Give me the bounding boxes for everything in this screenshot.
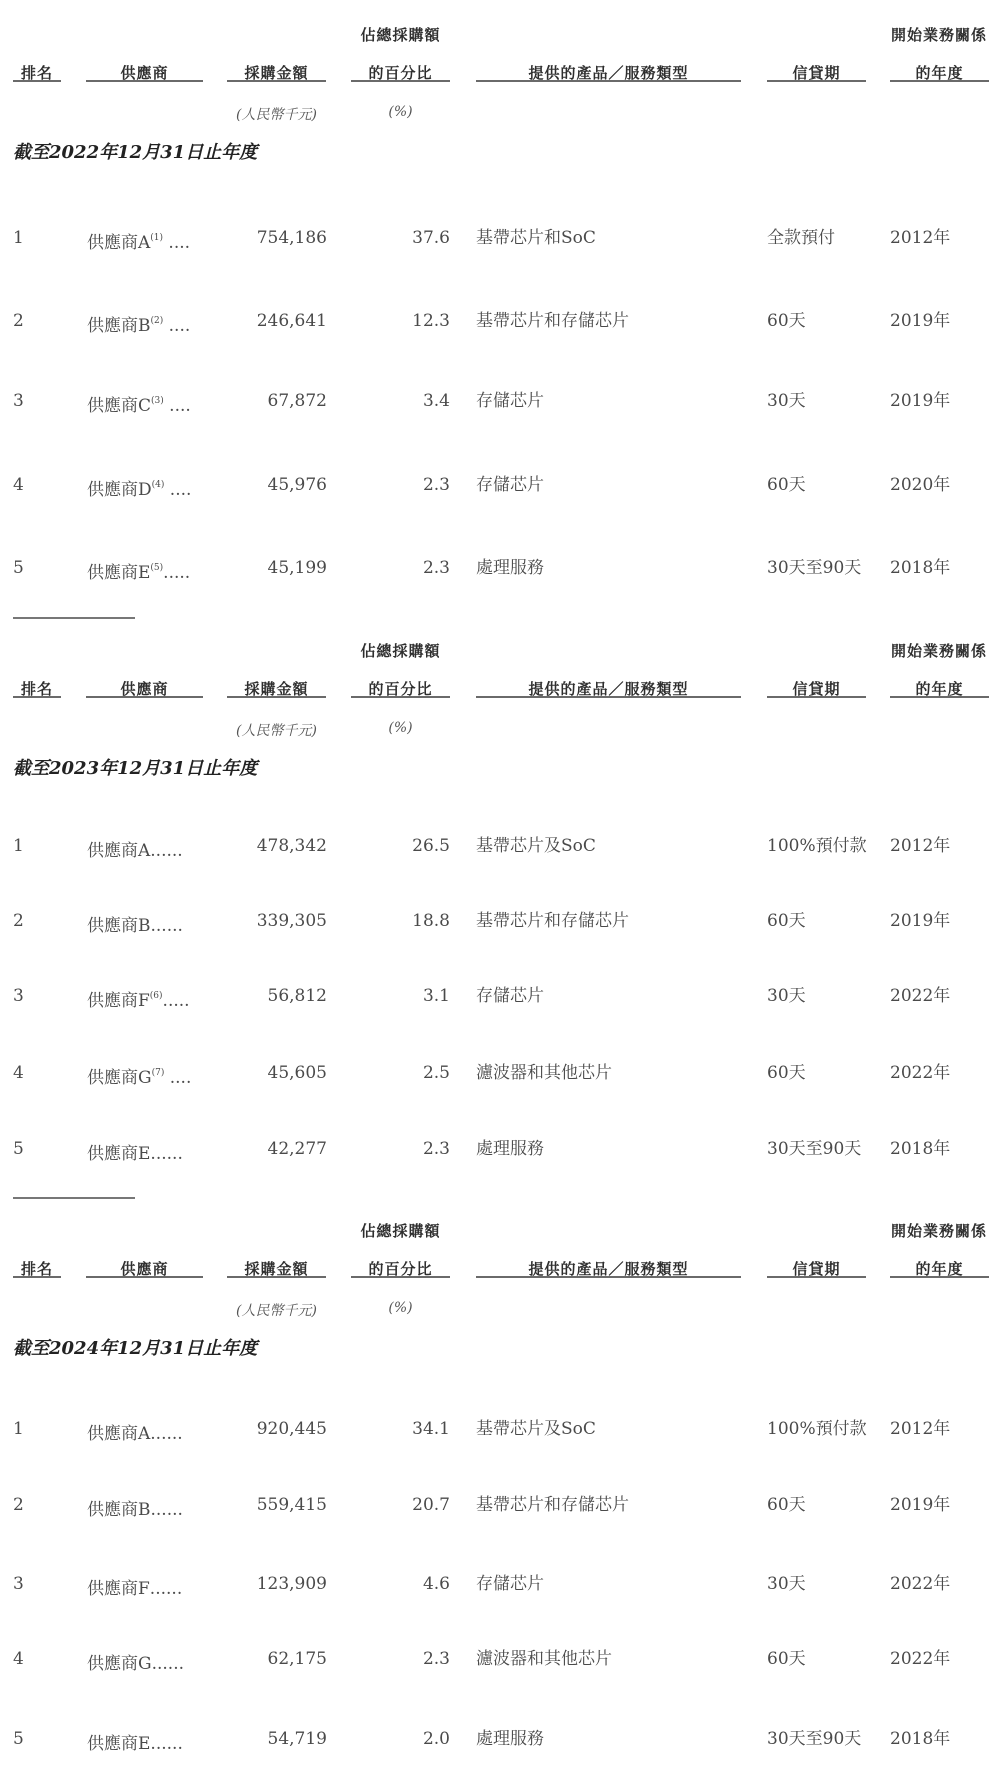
table-row: 4供應商D(4) ....45,9762.3存儲芯片60天2020年	[0, 473, 1000, 497]
header-underline	[890, 80, 989, 82]
rank-cell: 4	[13, 1061, 24, 1085]
amount-cell: 559,415	[227, 1493, 327, 1517]
relationship-year-cell: 2022年	[890, 1061, 950, 1085]
supplier-name: 供應商B	[87, 1500, 151, 1520]
rank-cell: 2	[13, 309, 24, 333]
product-cell: 存儲芯片	[476, 473, 544, 497]
amount-cell: 56,812	[227, 984, 327, 1008]
credit-period-cell: 30天至90天	[767, 556, 861, 580]
amount-cell: 123,909	[227, 1572, 327, 1596]
table-row: 2供應商B......559,41520.7基帶芯片和存儲芯片60天2019年	[0, 1493, 1000, 1517]
product-cell: 基帶芯片及SoC	[476, 1417, 596, 1441]
table-row: 5供應商E......42,2772.3處理服務30天至90天2018年	[0, 1137, 1000, 1161]
rank-cell: 3	[13, 1572, 24, 1596]
pct-unit: (%)	[351, 720, 450, 736]
supplier-cell: 供應商E(5).....	[87, 556, 190, 585]
amount-cell: 45,605	[227, 1061, 327, 1085]
credit-period-cell: 100%預付款	[767, 1417, 867, 1441]
header-underline	[351, 696, 450, 698]
supplier-cell: 供應商A......	[87, 834, 183, 863]
percentage-cell: 4.6	[351, 1572, 450, 1596]
supplier-name: 供應商F	[87, 1579, 150, 1599]
supplier-name: 供應商B	[87, 316, 151, 336]
leader-dots: ....	[164, 396, 191, 416]
product-cell: 基帶芯片和SoC	[476, 226, 596, 250]
amount-cell: 478,342	[227, 834, 327, 858]
relationship-year-cell: 2018年	[890, 1727, 950, 1751]
amount-unit: (人民幣千元)	[227, 104, 326, 124]
supplier-name: 供應商C	[87, 396, 151, 416]
table-row: 1供應商A......920,44534.1基帶芯片及SoC100%預付款201…	[0, 1417, 1000, 1441]
header-underline	[227, 1276, 326, 1278]
relationship-year-cell: 2018年	[890, 556, 950, 580]
table-row: 2供應商B......339,30518.8基帶芯片和存儲芯片60天2019年	[0, 909, 1000, 933]
percentage-cell: 2.3	[351, 1137, 450, 1161]
relationship-year-cell: 2019年	[890, 389, 950, 413]
amount-cell: 67,872	[227, 389, 327, 413]
pct-unit: (%)	[351, 104, 450, 120]
rank-cell: 2	[13, 909, 24, 933]
amount-cell: 45,976	[227, 473, 327, 497]
leader-dots: ....	[163, 316, 190, 336]
header-underline	[227, 80, 326, 82]
percentage-cell: 26.5	[351, 834, 450, 858]
supplier-name: 供應商F	[87, 991, 150, 1011]
amount-cell: 246,641	[227, 309, 327, 333]
relationship-year-cell: 2019年	[890, 1493, 950, 1517]
footnote-ref: (2)	[151, 316, 164, 326]
leader-dots: ......	[150, 1424, 182, 1444]
footnote-ref: (5)	[150, 563, 163, 573]
percentage-cell: 37.6	[351, 226, 450, 250]
leader-dots: ......	[150, 1734, 182, 1754]
section-title: 截至2024年12月31日止年度	[13, 1334, 257, 1360]
supplier-cell: 供應商B......	[87, 909, 183, 938]
supplier-cell: 供應商G......	[87, 1647, 184, 1676]
supplier-cell: 供應商A......	[87, 1417, 183, 1446]
product-cell: 基帶芯片和存儲芯片	[476, 1493, 629, 1517]
supplier-cell: 供應商F......	[87, 1572, 182, 1601]
header-underline	[13, 1276, 61, 1278]
table-row: 1供應商A(1) ....754,18637.6基帶芯片和SoC全款預付2012…	[0, 226, 1000, 250]
section-title: 截至2023年12月31日止年度	[13, 754, 257, 780]
supplier-name: 供應商E	[87, 1144, 150, 1164]
supplier-cell: 供應商B......	[87, 1493, 183, 1522]
credit-period-cell: 60天	[767, 473, 806, 497]
credit-period-cell: 30天至90天	[767, 1137, 861, 1161]
supplier-cell: 供應商E......	[87, 1727, 183, 1756]
relationship-year-cell: 2019年	[890, 309, 950, 333]
percentage-cell: 2.5	[351, 1061, 450, 1085]
table-row: 3供應商F(6).....56,8123.1存儲芯片30天2022年	[0, 984, 1000, 1008]
amount-cell: 62,175	[227, 1647, 327, 1671]
footnote-ref: (1)	[150, 233, 163, 243]
header-year-line1: 開始業務關係	[880, 1220, 998, 1241]
relationship-year-cell: 2020年	[890, 473, 950, 497]
leader-dots: ......	[150, 841, 182, 861]
footnote-ref: (3)	[151, 396, 164, 406]
supplier-name: 供應商E	[87, 563, 150, 583]
percentage-cell: 3.4	[351, 389, 450, 413]
credit-period-cell: 全款預付	[767, 226, 835, 250]
credit-period-cell: 30天	[767, 984, 806, 1008]
product-cell: 存儲芯片	[476, 984, 544, 1008]
header-underline	[227, 696, 326, 698]
supplier-name: 供應商A	[87, 1424, 150, 1444]
supplier-name: 供應商B	[87, 916, 151, 936]
rank-cell: 5	[13, 556, 24, 580]
leader-dots: ......	[152, 1654, 184, 1674]
supplier-cell: 供應商E......	[87, 1137, 183, 1166]
table-row: 3供應商C(3) ....67,8723.4存儲芯片30天2019年	[0, 389, 1000, 413]
supplier-cell: 供應商A(1) ....	[87, 226, 190, 255]
table-row: 2供應商B(2) ....246,64112.3基帶芯片和存儲芯片60天2019…	[0, 309, 1000, 333]
table-row: 4供應商G(7) ....45,6052.5濾波器和其他芯片60天2022年	[0, 1061, 1000, 1085]
supplier-name: 供應商G	[87, 1068, 152, 1088]
table-row: 5供應商E......54,7192.0處理服務30天至90天2018年	[0, 1727, 1000, 1751]
rank-cell: 1	[13, 226, 24, 250]
percentage-cell: 2.3	[351, 1647, 450, 1671]
supplier-cell: 供應商C(3) ....	[87, 389, 191, 418]
rank-cell: 1	[13, 1417, 24, 1441]
section-title: 截至2022年12月31日止年度	[13, 138, 257, 164]
section-separator	[13, 1197, 135, 1199]
rank-cell: 5	[13, 1727, 24, 1751]
percentage-cell: 18.8	[351, 909, 450, 933]
section-separator	[13, 617, 135, 619]
footnote-ref: (4)	[152, 480, 165, 490]
amount-cell: 45,199	[227, 556, 327, 580]
header-pct-line1: 佔總採購額	[351, 640, 450, 661]
header-year-line1: 開始業務關係	[880, 640, 998, 661]
amount-unit: (人民幣千元)	[227, 1300, 326, 1320]
leader-dots: .....	[163, 991, 190, 1011]
header-underline	[767, 1276, 866, 1278]
supplier-cell: 供應商B(2) ....	[87, 309, 190, 338]
rank-cell: 1	[13, 834, 24, 858]
amount-cell: 54,719	[227, 1727, 327, 1751]
rank-cell: 3	[13, 984, 24, 1008]
product-cell: 濾波器和其他芯片	[476, 1061, 612, 1085]
relationship-year-cell: 2012年	[890, 1417, 950, 1441]
credit-period-cell: 100%預付款	[767, 834, 867, 858]
leader-dots: ....	[164, 1068, 191, 1088]
leader-dots: .....	[163, 563, 190, 583]
rank-cell: 5	[13, 1137, 24, 1161]
header-underline	[86, 1276, 203, 1278]
leader-dots: ....	[163, 233, 190, 253]
product-cell: 處理服務	[476, 1727, 544, 1751]
supplier-name: 供應商A	[87, 841, 150, 861]
header-underline	[476, 80, 741, 82]
header-underline	[890, 1276, 989, 1278]
header-underline	[767, 696, 866, 698]
table-row: 1供應商A......478,34226.5基帶芯片及SoC100%預付款201…	[0, 834, 1000, 858]
table-row: 4供應商G......62,1752.3濾波器和其他芯片60天2022年	[0, 1647, 1000, 1671]
header-underline	[476, 696, 741, 698]
pct-unit: (%)	[351, 1300, 450, 1316]
credit-period-cell: 30天	[767, 1572, 806, 1596]
relationship-year-cell: 2022年	[890, 984, 950, 1008]
header-pct-line1: 佔總採購額	[351, 24, 450, 45]
rank-cell: 4	[13, 473, 24, 497]
header-underline	[13, 696, 61, 698]
supplier-name: 供應商A	[87, 233, 150, 253]
rank-cell: 4	[13, 1647, 24, 1671]
leader-dots: ......	[150, 1144, 182, 1164]
header-underline	[351, 1276, 450, 1278]
amount-cell: 754,186	[227, 226, 327, 250]
product-cell: 基帶芯片及SoC	[476, 834, 596, 858]
amount-cell: 920,445	[227, 1417, 327, 1441]
relationship-year-cell: 2012年	[890, 834, 950, 858]
header-underline	[86, 696, 203, 698]
product-cell: 存儲芯片	[476, 389, 544, 413]
relationship-year-cell: 2018年	[890, 1137, 950, 1161]
header-underline	[476, 1276, 741, 1278]
product-cell: 濾波器和其他芯片	[476, 1647, 612, 1671]
leader-dots: ......	[151, 1500, 183, 1520]
footnote-ref: (6)	[150, 991, 163, 1001]
amount-cell: 339,305	[227, 909, 327, 933]
header-underline	[86, 80, 203, 82]
header-year-line1: 開始業務關係	[880, 24, 998, 45]
amount-unit: (人民幣千元)	[227, 720, 326, 740]
credit-period-cell: 60天	[767, 1061, 806, 1085]
product-cell: 處理服務	[476, 1137, 544, 1161]
product-cell: 基帶芯片和存儲芯片	[476, 909, 629, 933]
product-cell: 存儲芯片	[476, 1572, 544, 1596]
rank-cell: 3	[13, 389, 24, 413]
percentage-cell: 2.0	[351, 1727, 450, 1751]
percentage-cell: 2.3	[351, 556, 450, 580]
header-underline	[13, 80, 61, 82]
leader-dots: ......	[151, 916, 183, 936]
credit-period-cell: 60天	[767, 909, 806, 933]
header-underline	[767, 80, 866, 82]
leader-dots: ......	[150, 1579, 182, 1599]
credit-period-cell: 60天	[767, 1647, 806, 1671]
supplier-cell: 供應商F(6).....	[87, 984, 190, 1013]
product-cell: 處理服務	[476, 556, 544, 580]
footnote-ref: (7)	[152, 1068, 165, 1078]
relationship-year-cell: 2012年	[890, 226, 950, 250]
supplier-cell: 供應商D(4) ....	[87, 473, 191, 502]
percentage-cell: 34.1	[351, 1417, 450, 1441]
credit-period-cell: 60天	[767, 309, 806, 333]
supplier-cell: 供應商G(7) ....	[87, 1061, 191, 1090]
percentage-cell: 3.1	[351, 984, 450, 1008]
rank-cell: 2	[13, 1493, 24, 1517]
credit-period-cell: 30天	[767, 389, 806, 413]
credit-period-cell: 30天至90天	[767, 1727, 861, 1751]
header-underline	[890, 696, 989, 698]
header-underline	[351, 80, 450, 82]
supplier-name: 供應商G	[87, 1654, 152, 1674]
relationship-year-cell: 2022年	[890, 1572, 950, 1596]
supplier-name: 供應商E	[87, 1734, 150, 1754]
amount-cell: 42,277	[227, 1137, 327, 1161]
table-row: 5供應商E(5).....45,1992.3處理服務30天至90天2018年	[0, 556, 1000, 580]
relationship-year-cell: 2022年	[890, 1647, 950, 1671]
leader-dots: ....	[164, 480, 191, 500]
table-row: 3供應商F......123,9094.6存儲芯片30天2022年	[0, 1572, 1000, 1596]
percentage-cell: 12.3	[351, 309, 450, 333]
supplier-name: 供應商D	[87, 480, 152, 500]
product-cell: 基帶芯片和存儲芯片	[476, 309, 629, 333]
credit-period-cell: 60天	[767, 1493, 806, 1517]
percentage-cell: 20.7	[351, 1493, 450, 1517]
relationship-year-cell: 2019年	[890, 909, 950, 933]
percentage-cell: 2.3	[351, 473, 450, 497]
header-pct-line1: 佔總採購額	[351, 1220, 450, 1241]
